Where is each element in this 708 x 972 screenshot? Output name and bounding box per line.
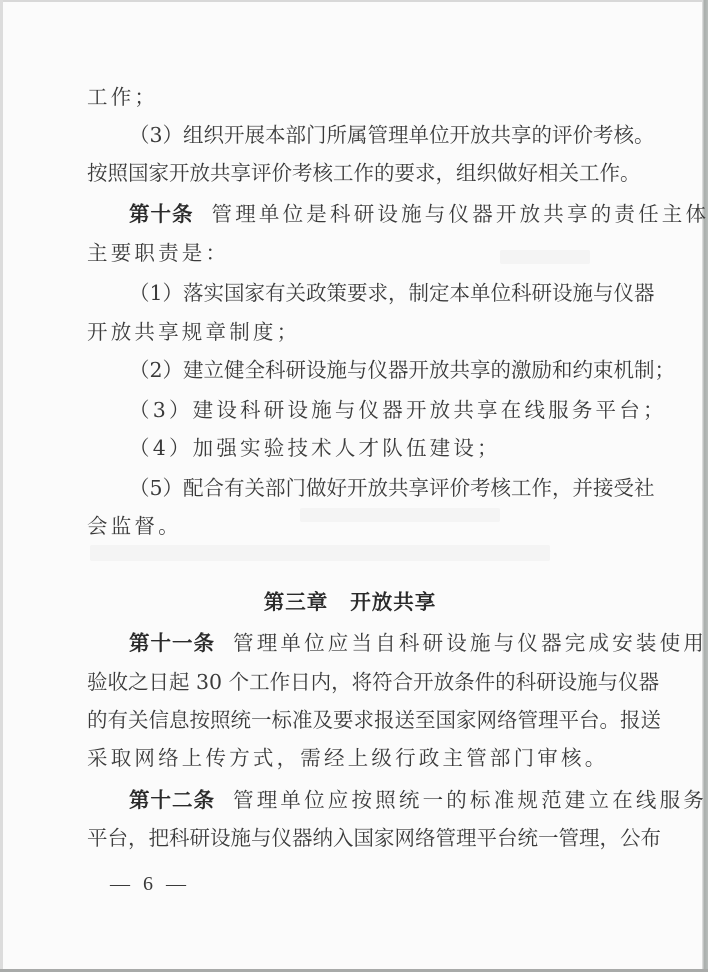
text-line: 开放共享规章制度； — [87, 319, 607, 345]
scan-edge-right — [702, 0, 708, 972]
chapter-title: 开放共享 — [350, 590, 436, 614]
list-item-text: （3）建设科研设施与仪器开放共享在线服务平台； — [129, 397, 607, 423]
article-label: 第十条 — [129, 202, 194, 226]
scan-edge-left — [0, 0, 3, 972]
text-line: 主要职责是： — [87, 240, 607, 266]
article-label: 第十二条 — [129, 788, 215, 812]
chapter-number: 第三章 — [264, 590, 329, 614]
text-line: 的有关信息按照统一标准及要求报送至国家网络管理平台。报送 — [87, 707, 607, 733]
text-line: 会监督。 — [87, 513, 607, 539]
list-item-text: （3）组织开展本部门所属管理单位开放共享的评价考核。 — [129, 122, 607, 148]
article-11: 第十一条管理单位应当自科研设施与仪器完成安装使用 — [129, 630, 607, 656]
text-line: 按照国家开放共享评价考核工作的要求，组织做好相关工作。 — [87, 160, 607, 186]
page-number: — 6 — — [110, 873, 190, 896]
text-line: 平台，把科研设施与仪器纳入国家网络管理平台统一管理，公布 — [87, 825, 607, 851]
scan-edge-top — [0, 0, 708, 2]
article-text: 管理单位应当自科研设施与仪器完成安装使用 — [233, 631, 707, 655]
chapter-heading: 第三章开放共享 — [0, 589, 700, 615]
document-page: 工作； （3）组织开展本部门所属管理单位开放共享的评价考核。 按照国家开放共享评… — [0, 0, 708, 972]
article-label: 第十一条 — [129, 631, 215, 655]
list-item-text: （1）落实国家有关政策要求，制定本单位科研设施与仪器 — [129, 280, 607, 306]
article-text: 管理单位应按照统一的标准规范建立在线服务 — [233, 788, 707, 812]
article-10: 第十条管理单位是科研设施与仪器开放共享的责任主体， — [129, 201, 607, 227]
show-through-mark — [90, 545, 550, 561]
article-text: 管理单位是科研设施与仪器开放共享的责任主体， — [212, 202, 708, 226]
text-line: 验收之日起 30 个工作日内，将符合开放条件的科研设施与仪器 — [87, 669, 607, 695]
text-line: 采取网络上传方式，需经上级行政主管部门审核。 — [87, 745, 607, 771]
list-item-text: （4）加强实验技术人才队伍建设； — [129, 435, 607, 461]
list-item-text: （2）建立健全科研设施与仪器开放共享的激励和约束机制； — [129, 357, 607, 383]
text-line: 工作； — [87, 84, 607, 110]
article-12: 第十二条管理单位应按照统一的标准规范建立在线服务 — [129, 787, 607, 813]
list-item-text: （5）配合有关部门做好开放共享评价考核工作，并接受社 — [129, 475, 607, 501]
